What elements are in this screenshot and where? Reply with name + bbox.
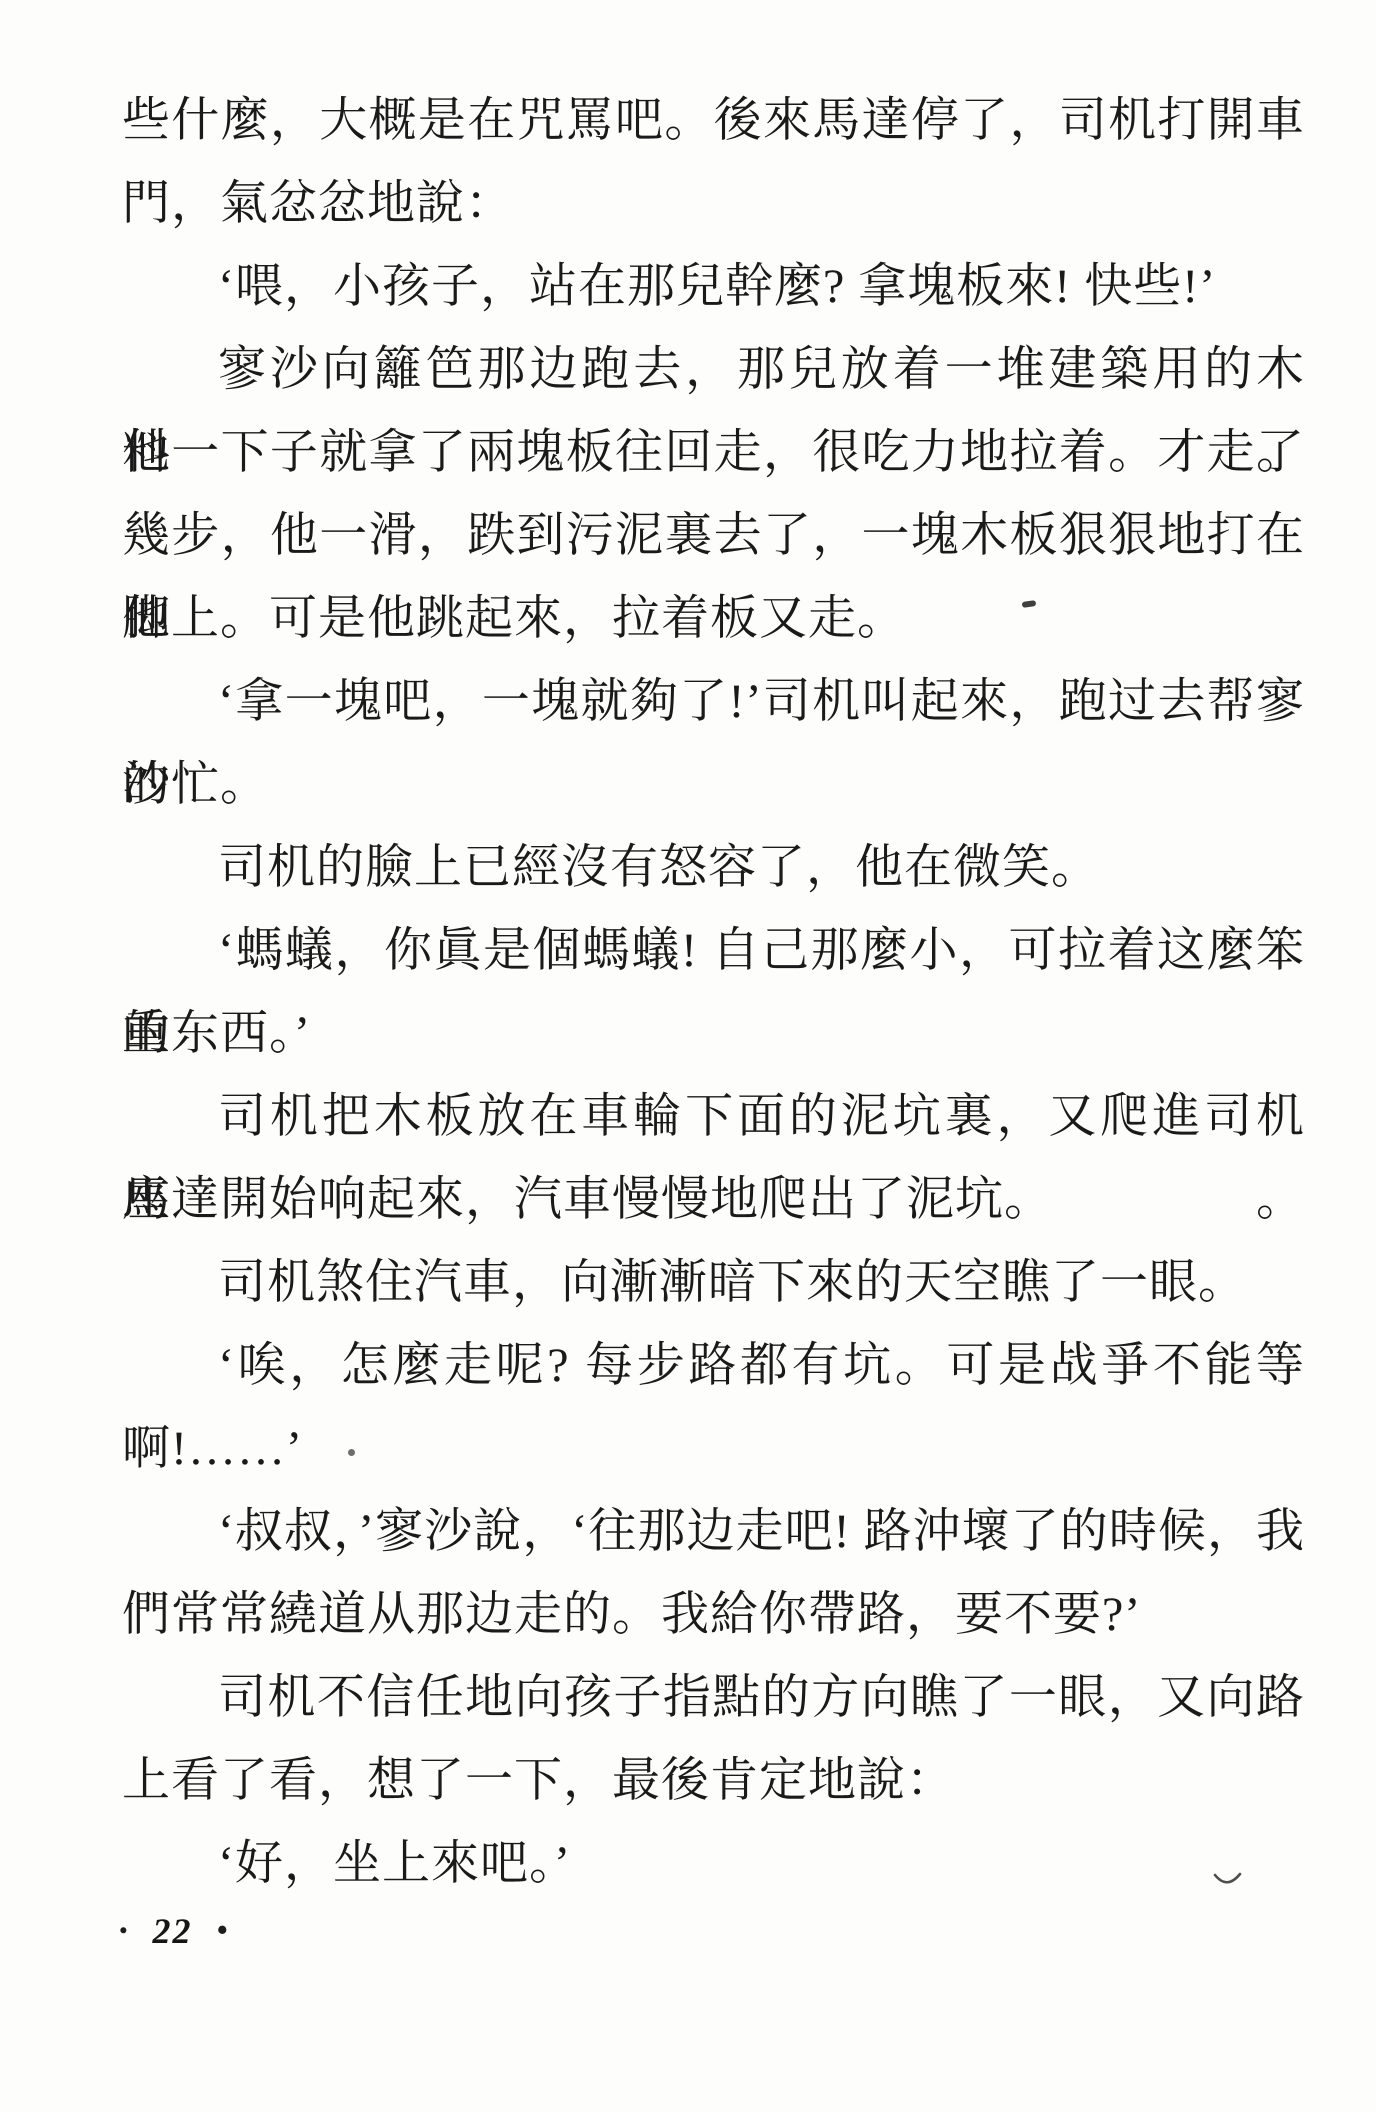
footer-dot-left: • — [117, 1918, 129, 1944]
page-footer: • 22 • — [118, 1910, 227, 1952]
text-line: ‘螞蟻，你眞是個螞蟻! 自己那麼小，可拉着这麼笨重 — [122, 909, 1305, 992]
text-line: 司机把木板放在車輪下面的泥坑裏，又爬進司机座。 — [122, 1075, 1305, 1158]
text-line: 司机煞住汽車，向漸漸暗下來的天空瞧了一眼。 — [122, 1241, 1305, 1324]
pencil-check-mark — [1212, 1870, 1244, 1892]
text-line: ‘唉，怎麼走呢? 每步路都有坑。可是战爭不能等 — [122, 1324, 1305, 1407]
text-line: ‘叔叔，’寥沙說，‘往那边走吧! 路沖壞了的時候，我 — [122, 1490, 1305, 1573]
text-line: 門，氣忿忿地說： — [122, 162, 1305, 245]
scan-speck-dot — [348, 1449, 355, 1456]
book-page: 些什麼，大概是在咒罵吧。後來馬達停了，司机打開車 門，氣忿忿地說： ‘喂，小孩子… — [0, 0, 1376, 2112]
text-line: 他一下子就拿了兩塊板往回走，很吃力地拉着。才走了 — [122, 411, 1305, 494]
text-line: 脚上。可是他跳起來，拉着板又走。 — [122, 577, 1305, 660]
text-line: 幾步，他一滑，跌到污泥裏去了，一塊木板狠狠地打在他 — [122, 494, 1305, 577]
text-line: ‘好，坐上來吧。’ — [122, 1822, 1305, 1905]
text-line: 們常常繞道从那边走的。我給你帶路，要不要?’ — [122, 1573, 1305, 1656]
text-line: 寥沙向籬笆那边跑去，那兒放着一堆建築用的木料。 — [122, 328, 1305, 411]
text-line: 些什麼，大概是在咒罵吧。後來馬達停了，司机打開車 — [122, 79, 1305, 162]
page-number: 22 — [153, 1910, 193, 1952]
text-line: 啊!……’ — [122, 1407, 1305, 1490]
text-line: 司机不信任地向孩子指點的方向瞧了一眼，又向路 — [122, 1656, 1305, 1739]
footer-dot-right: • — [216, 1914, 228, 1949]
text-line: 上看了看，想了一下，最後肯定地說： — [122, 1739, 1305, 1822]
body-text: 些什麼，大概是在咒罵吧。後來馬達停了，司机打開車 門，氣忿忿地說： ‘喂，小孩子… — [122, 79, 1305, 1905]
text-line: 司机的臉上已經沒有怒容了，他在微笑。 — [122, 826, 1305, 909]
text-line: 的东西。’ — [122, 992, 1305, 1075]
text-line: ‘拿一塊吧，一塊就夠了!’司机叫起來，跑过去帮寥沙 — [122, 660, 1305, 743]
text-line: ‘喂，小孩子，站在那兒幹麼? 拿塊板來! 快些!’ — [122, 245, 1305, 328]
text-line: 的忙。 — [122, 743, 1305, 826]
